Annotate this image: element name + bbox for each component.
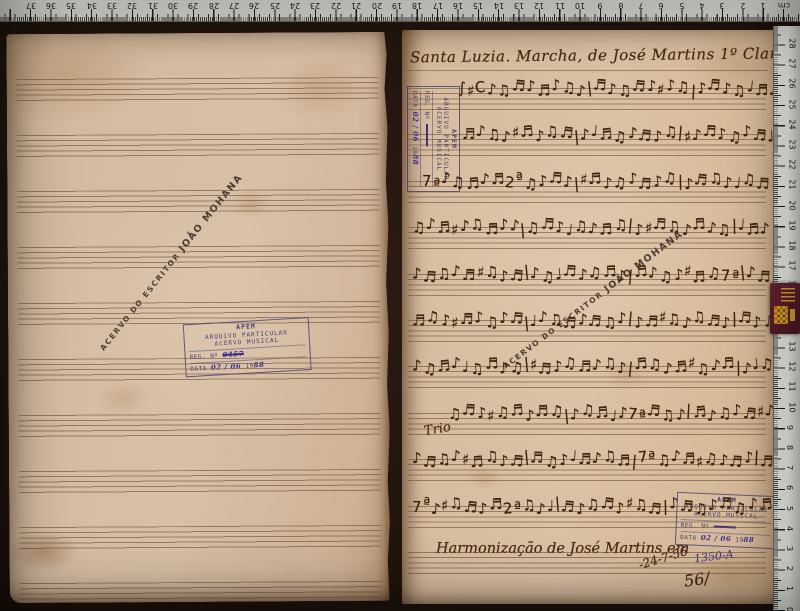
top-ruler-number: 14 [494, 1, 504, 10]
note-glyph: ª [422, 493, 431, 512]
top-ruler-number: 13 [514, 1, 524, 10]
note-glyph: ♫ [562, 78, 577, 96]
note-glyph: ♫ [663, 123, 678, 141]
top-ruler-number: 1 [761, 1, 766, 10]
note-glyph: ♫ [692, 308, 708, 327]
note-glyph: ♬ [588, 169, 603, 188]
top-ruler-number: 2 [740, 1, 745, 10]
note-glyph: ♬ [648, 499, 664, 518]
note-glyph: ♪ [501, 128, 513, 147]
note-glyph: ♪ [748, 494, 759, 512]
scanned-manuscript-photo: cm 1234567891011121314151617181920212223… [0, 0, 800, 611]
music-system: 7ª ♪♯♫♬♪♬ 2ª ♫♪♩|♬♪♫♬♪ ♯♫♬|♪♬♫♪♬ ♫♪♬|♩♫♬… [412, 499, 800, 517]
note-glyph: ♬ [588, 312, 604, 331]
top-ruler-number: 20 [371, 1, 381, 10]
note-glyph: ♪ [607, 80, 618, 98]
note-glyph: ♫ [666, 217, 682, 236]
note-glyph: ♪ [536, 499, 548, 518]
note-glyph: ♫ [602, 313, 617, 332]
note-glyph: ♫ [586, 495, 601, 513]
note-glyph: ♬ [693, 170, 709, 189]
note-glyph: ♬ [692, 267, 708, 286]
blank-staff [19, 525, 381, 550]
matchbox-grid-motif [774, 306, 788, 324]
top-ruler-number: 11 [555, 1, 565, 10]
top-ruler-number: 10 [575, 1, 585, 10]
note-glyph: ♫ [523, 174, 539, 193]
note-glyph: ♬ [692, 402, 708, 421]
note-glyph: ♬ [511, 76, 527, 95]
note-glyph: ♪ [563, 173, 574, 191]
note-glyph: ♪ [412, 357, 423, 375]
top-ruler-number: 19 [392, 1, 402, 10]
note-glyph: ♫ [717, 220, 733, 239]
note-glyph: ♯ [451, 314, 460, 332]
note-glyph: ♬ [462, 125, 476, 143]
music-system: ♪♫♬♪♩♫ ♬♪♫|♯♬♪♫♬ ♪♫♪|♬♫♪♬♯ ♫♪♬|♪♩♫♬♪ ♫♬♪… [412, 359, 800, 377]
top-ruler-number: 16 [453, 1, 463, 10]
note-glyph: ♪ [524, 406, 535, 424]
note-glyph: ♪ [706, 406, 718, 425]
note-glyph: ♫ [602, 354, 617, 373]
note-glyph: ♫ [470, 215, 486, 234]
note-glyph: ♫ [574, 217, 589, 235]
note-glyph: ♪ [576, 82, 588, 101]
note-glyph: ♬ [721, 354, 737, 373]
right-ruler-number: 27 [788, 59, 797, 69]
note-glyph: ♬ [563, 313, 579, 332]
note-glyph: ♫ [484, 262, 499, 281]
note-glyph: ♫ [708, 169, 724, 188]
top-ruler-number: 29 [188, 1, 198, 10]
right-ruler-number: 5 [785, 506, 794, 511]
note-glyph: ♬ [638, 174, 653, 193]
note-glyph: ♫ [484, 313, 499, 332]
note-glyph: ♬ [631, 77, 647, 96]
note-glyph: ♬ [560, 497, 576, 516]
top-ruler-number: 6 [659, 1, 664, 10]
note-glyph: ♬ [484, 355, 499, 374]
top-ruler-number: 28 [209, 1, 219, 10]
right-ruler-number: 3 [785, 546, 794, 551]
right-ruler-number: 11 [788, 382, 797, 392]
note-glyph: ♫ [703, 449, 719, 468]
top-ruler-number: 34 [87, 1, 97, 10]
note-glyph: ♫ [613, 216, 628, 234]
note-glyph: ♯ [451, 221, 460, 239]
right-ruler-number: 10 [788, 402, 797, 412]
blank-staff [18, 357, 380, 382]
note-glyph: ♫ [449, 493, 465, 512]
top-ruler-number: 4 [700, 1, 705, 10]
note-glyph: ♫ [717, 404, 732, 422]
matchbox-color-reference [770, 283, 800, 334]
note-glyph: ♫ [733, 498, 748, 517]
top-ruler-number: 15 [473, 1, 483, 10]
note-glyph: ♬ [530, 449, 545, 467]
right-ruler-number: 17 [788, 261, 797, 271]
note-glyph: ♪ [721, 313, 733, 332]
note-glyph: ♫ [727, 128, 743, 147]
note-glyph: 7 [721, 266, 732, 284]
note-glyph: ♫ [648, 356, 663, 374]
blank-staff [18, 245, 380, 270]
note-glyph: ♬ [638, 126, 654, 145]
top-ruler-number: 27 [229, 1, 239, 10]
blank-staff [20, 581, 382, 606]
note-glyph: ♪ [760, 220, 771, 239]
note-glyph: ♫ [563, 354, 579, 373]
right-page: Santa Luzia. Marcha, de José Martins 1º … [402, 30, 776, 604]
top-ruler-unit-label: cm [778, 1, 790, 10]
note-glyph: ♬ [617, 452, 632, 470]
note-glyph: ♪ [479, 169, 491, 188]
top-ruler-number: 23 [310, 1, 320, 10]
top-ruler-number: 33 [107, 1, 117, 10]
top-ruler-number: 32 [127, 1, 137, 10]
stamp-date-value: 02 / 06 [701, 532, 732, 542]
note-glyph: ♪ [731, 400, 743, 419]
note-glyph: ♪ [580, 126, 591, 144]
note-glyph: ♬ [758, 494, 774, 513]
note-glyph: ♪ [648, 263, 659, 281]
note-glyph: ♪ [614, 498, 626, 517]
note-glyph: C [474, 78, 487, 97]
stamp-year-value: 88 [743, 534, 754, 543]
right-ruler-number: 22 [788, 160, 797, 170]
note-glyph: ♬ [681, 450, 696, 468]
note-glyph: ♫ [676, 78, 691, 96]
note-glyph: ♫ [741, 170, 756, 189]
blank-staff [17, 189, 379, 214]
note-glyph: ♬ [509, 266, 525, 285]
note-glyph: ♬ [538, 360, 554, 379]
top-ruler-number: 9 [598, 1, 603, 10]
right-ruler-number: 19 [788, 220, 797, 230]
note-glyph: ♬ [509, 452, 525, 471]
top-ruler-number: 35 [66, 1, 76, 10]
note-glyph: ♪ [670, 447, 682, 466]
note-glyph: ♬ [520, 122, 536, 141]
note-glyph: ♬ [729, 452, 745, 471]
note-glyph: ♬ [484, 220, 499, 239]
note-glyph: ♬ [742, 404, 758, 423]
note-glyph: ♬ [536, 81, 551, 100]
top-ruler: cm 1234567891011121314151617181920212223… [0, 0, 800, 22]
note-glyph: ♪ [570, 405, 581, 423]
right-ruler-number: 24 [788, 119, 797, 129]
stamp-date-label: DATA [680, 534, 697, 542]
right-ruler-number: 1 [785, 586, 794, 591]
right-ruler-number: 6 [785, 485, 794, 490]
note-glyph: ♫ [496, 81, 512, 100]
note-glyph: ♫ [666, 310, 682, 329]
note-glyph: ♪ [633, 220, 645, 239]
right-ruler-number: 28 [788, 38, 797, 48]
music-system: ♬♪♫♪♯♬ ♪♫♬|♪♩♬♫♪ ♬♪♫|♯♪♬♪♫ ♪♬♩|♫♪♬♫♪ ♬♯♪… [462, 127, 800, 145]
piece-title: Santa Luzia. Marcha, de José Martins 1º … [410, 44, 800, 67]
music-system: 7ª ♪♫♬♪♬ 2ª ♫♪♬♪|♯♬♪♫♪ ♬♪♫|♪♬♫♪♩ ♫♬♪|♬♪♫… [422, 174, 800, 192]
note-glyph: ♬ [594, 403, 610, 422]
note-glyph: ♫ [661, 405, 677, 424]
note-glyph: ♫ [732, 81, 748, 100]
top-ruler-number: 31 [148, 1, 158, 10]
music-system: ♫♬♪♯♫♬ ♪♬♫|♪♫♬♩♪ 7ª ♬♫♪|♬♪♫♪♬ ♯♪♫|♫♬♪♬♫ … [448, 406, 800, 424]
top-ruler-number: 30 [168, 1, 178, 10]
note-glyph: ♬ [706, 75, 722, 94]
note-glyph: ♪ [451, 447, 463, 466]
right-ruler-number: 9 [785, 425, 794, 430]
note-glyph: ♪ [723, 174, 734, 192]
right-ruler-number: 26 [788, 79, 797, 89]
note-glyph: ♬ [673, 358, 689, 377]
music-staff [408, 552, 766, 574]
note-glyph: ♬ [599, 220, 614, 239]
top-ruler-number: 21 [351, 1, 361, 10]
note-glyph: ♬ [602, 262, 617, 281]
note-glyph: ♫ [602, 447, 617, 466]
note-glyph: ♫ [426, 307, 442, 326]
note-glyph: ♫ [659, 267, 674, 286]
right-ruler-number: 23 [788, 139, 797, 149]
note-glyph: ♫ [422, 360, 438, 379]
note-glyph: ♫ [509, 359, 525, 378]
note-glyph: ♬ [592, 76, 608, 95]
music-system: ♬♫♪♯♬♪ ♫♪♬|♩♪♫♬♪ ♬♫♪|♪♬♯♫♪ ♫♬♪|♬♪♫♬♫ 7ª … [412, 313, 800, 331]
note-glyph: ♬ [470, 452, 486, 471]
matchbox-gold-band [790, 309, 795, 321]
matchbox-label-lines [781, 288, 795, 302]
note-glyph: ♪ [412, 264, 423, 282]
note-glyph: ♬ [644, 312, 659, 330]
note-glyph: ♪ [451, 354, 463, 373]
note-glyph: ♫ [663, 168, 679, 187]
top-ruler-ticks [0, 9, 800, 21]
top-ruler-number: 26 [249, 1, 259, 10]
note-glyph: ♬ [756, 174, 771, 192]
note-glyph: ♪ [478, 499, 489, 517]
note-glyph: ♬ [756, 267, 771, 285]
note-glyph: ♪ [451, 261, 463, 280]
title-underline [406, 70, 768, 71]
top-ruler-number: 12 [534, 1, 544, 10]
blank-staff [19, 413, 381, 438]
right-ruler-number: 21 [788, 180, 797, 190]
note-glyph: ♬ [412, 312, 426, 330]
right-ruler-number: 2 [785, 566, 794, 571]
right-ruler-number: 0 [785, 607, 794, 611]
note-glyph: ♪ [633, 313, 645, 332]
note-glyph: ♬ [422, 267, 438, 286]
note-glyph: ♪ [662, 360, 673, 379]
note-glyph: ♪ [473, 308, 485, 327]
top-ruler-number: 7 [639, 1, 644, 10]
right-ruler-number: 7 [785, 465, 794, 470]
note-glyph: ♫ [545, 123, 560, 142]
note-glyph: ∫ [458, 79, 467, 97]
note-glyph: ♫ [656, 451, 672, 470]
note-glyph: ♪ [530, 264, 541, 282]
note-glyph: ♬ [535, 401, 550, 420]
note-glyph: ♪ [526, 77, 537, 95]
top-ruler-number: 5 [679, 1, 684, 10]
music-system: ∫♯C ♪♫♬♪♬ ♪♫♪|♬♪♫♬♪ ♯♪♫|♪♬♪♫♩ ♬♪♪|♬♪♯♫♬ … [458, 81, 800, 99]
note-glyph: ♬ [462, 265, 477, 283]
note-glyph: ♫ [613, 128, 629, 147]
note-glyph: ♫ [412, 219, 426, 237]
note-glyph: ♬ [679, 496, 695, 515]
blank-staff [17, 133, 379, 158]
music-system: ♫♪♬♯♪♫ ♬♪♪|♫♬♪♩♫ ♪♬♫|♪♯♬♫♪ ♬♪♫|♩♬♪♫♬ ♪♫♬… [412, 220, 800, 238]
blank-staff [19, 469, 381, 494]
note-glyph: 7 [422, 172, 433, 190]
note-glyph: ♫ [696, 360, 712, 379]
right-ruler-number: 12 [788, 362, 797, 372]
note-glyph: ♪ [412, 449, 423, 467]
top-ruler-number: 17 [432, 1, 442, 10]
blank-staff [17, 77, 379, 102]
note-glyph: ♬ [692, 215, 708, 234]
note-glyph: 7 [412, 498, 423, 516]
left-page: ACERVO DO ESCRITOR JOÃO MOHANA APEM ARQU… [6, 32, 390, 603]
right-ruler-number: 25 [788, 99, 797, 109]
note-glyph: ♬ [548, 168, 564, 187]
note-glyph: ♪ [692, 126, 703, 144]
note-glyph: ♬ [509, 400, 525, 419]
top-ruler-number: 25 [270, 1, 280, 10]
right-ruler-number: 18 [788, 240, 797, 250]
note-glyph: ♫ [496, 403, 511, 421]
note-glyph: ♪ [668, 493, 680, 512]
note-glyph: ♪ [652, 127, 664, 146]
note-glyph: ♬ [422, 453, 438, 472]
right-ruler-number: 8 [785, 445, 794, 450]
top-ruler-number: 3 [720, 1, 725, 10]
note-glyph: ♫ [451, 173, 466, 191]
blank-staff [18, 301, 380, 326]
note-glyph: ♫ [526, 219, 541, 237]
note-glyph: 2 [504, 173, 516, 192]
note-glyph: ♫ [693, 499, 709, 518]
top-ruler-number: 24 [290, 1, 300, 10]
note-glyph: ♫ [544, 453, 560, 472]
top-ruler-number: 37 [25, 1, 35, 10]
top-ruler-number: 18 [412, 1, 422, 10]
note-glyph: ♯ [487, 407, 496, 425]
note-glyph: ♫ [706, 263, 722, 282]
right-ruler-number: 20 [788, 200, 797, 210]
right-ruler-number: 13 [788, 341, 797, 351]
note-glyph: ♫ [484, 447, 499, 466]
note-glyph: ♫ [612, 173, 628, 192]
note-glyph: ♫ [588, 263, 604, 282]
top-ruler-number: 22 [331, 1, 341, 10]
note-glyph: ♬ [460, 310, 475, 328]
note-glyph: ♬ [563, 261, 579, 280]
note-glyph: ♬ [490, 170, 505, 189]
note-glyph: ♬ [489, 494, 504, 513]
note-glyph: ♬ [718, 493, 734, 512]
note-glyph: ♫ [469, 360, 485, 379]
top-ruler-number: 36 [46, 1, 56, 10]
music-system: ♪♬♫♪♯♬ ♫♪♬|♬♫♪♩♬ ♪♫♬|7ª ♫♪♬♯♫ ♪♬♪|♬♫♪♫♬ … [412, 452, 800, 470]
note-glyph: ♬ [462, 400, 478, 419]
music-system: ♪♬♫♪♬ ♯♫♪♬|♪♫♩♬♪ ♫♬♪|♬♪♫♪♯ ♬♫ 7ª|♪♬♫♪♬ ♫… [412, 267, 800, 285]
note-glyph: ♫ [448, 405, 462, 423]
note-glyph: ♪ [550, 76, 562, 95]
note-glyph: ♪ [745, 263, 756, 282]
right-ruler-number: 4 [785, 526, 794, 531]
note-glyph: ♬ [755, 81, 770, 99]
top-ruler-number: 8 [618, 1, 623, 10]
